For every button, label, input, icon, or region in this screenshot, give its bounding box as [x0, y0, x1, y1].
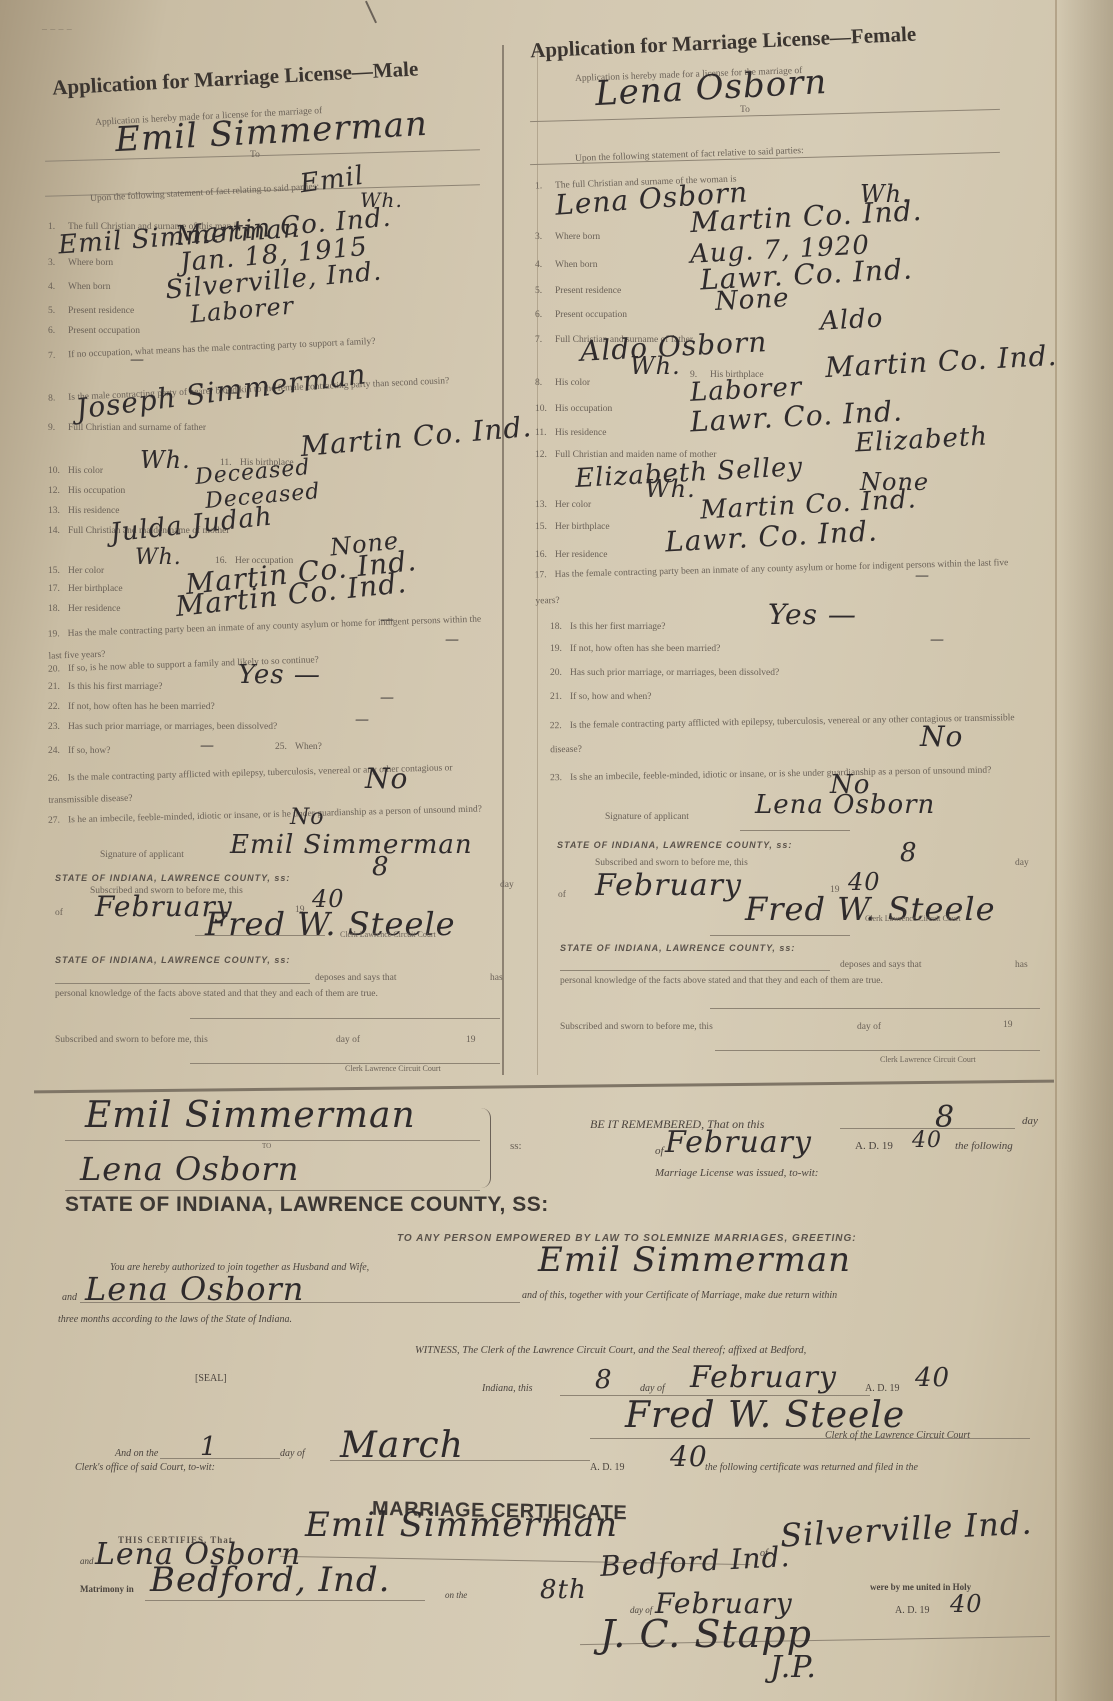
male-field-9-value: Joseph Simmerman — [74, 357, 368, 425]
female-affidavit-clerk-title: Clerk Lawrence Circuit Court — [880, 1055, 976, 1064]
license-husband: Emil Simmerman — [538, 1240, 851, 1280]
male-field-7-value: — — [130, 352, 145, 368]
certificate-year: 40 — [950, 1590, 983, 1618]
female-field-22-value: No — [920, 720, 963, 753]
rule — [715, 1050, 1040, 1051]
female-field-20-label: 20.Has such prior marriage, or marriages… — [550, 668, 779, 678]
license-day-of-label: day of — [640, 1383, 665, 1394]
female-oath-day: 8 — [900, 838, 918, 868]
license-groom: Emil Simmerman — [85, 1095, 416, 1136]
male-field-6-label: 6.Present occupation — [48, 326, 140, 336]
male-oath-heading: STATE OF INDIANA, LAWRENCE COUNTY, ss: — [55, 873, 290, 883]
male-field-18-label: 18.Her residence — [48, 604, 120, 614]
license-following-label: the following — [955, 1140, 1013, 1152]
column-divider — [502, 45, 504, 1075]
female-field-18-label: 18.Is this her first marriage? — [550, 622, 666, 632]
male-field-13-label: 13.His residence — [48, 506, 119, 516]
license-return-day-of: day of — [280, 1448, 305, 1459]
rule — [145, 1600, 425, 1601]
female-field-23-label: 23.Is she an imbecile, feeble-minded, id… — [550, 758, 1040, 791]
license-remembered-year: 40 — [912, 1128, 942, 1153]
female-affidavit-has: has — [1015, 960, 1028, 970]
male-field-21-label: 21.Is this his first marriage? — [48, 682, 162, 692]
male-field-10-label: 10.His color — [48, 466, 103, 476]
male-field-17-label: 17.Her birthplace — [48, 584, 123, 594]
male-affidavit-has: has — [490, 973, 503, 983]
male-field-21-value: Yes — — [238, 660, 321, 690]
male-statement-label: Upon the following statement of fact rel… — [90, 182, 319, 204]
female-field-15-label: 15.Her birthplace — [535, 522, 610, 532]
certificate-place: Bedford, Ind. — [150, 1560, 390, 1600]
female-field-11-label: 11.His residence — [535, 428, 606, 438]
female-affidavit-heading: STATE OF INDIANA, LAWRENCE COUNTY, ss: — [560, 943, 795, 953]
female-title: Application for Marriage License—Female — [530, 22, 917, 64]
certificate-matrimony-label: Matrimony in — [80, 1584, 134, 1594]
license-three-months-text: three months according to the laws of th… — [58, 1314, 292, 1325]
female-field-19-label: 19.If not, how often has she been marrie… — [550, 644, 720, 654]
female-applicant-name: Lena Osborn — [594, 62, 828, 114]
male-field-12-label: 12.His occupation — [48, 486, 125, 496]
certificate-groom-of: Silverville Ind. — [779, 1503, 1033, 1554]
rule — [190, 1018, 500, 1019]
license-ad-label: A. D. 19 — [855, 1140, 893, 1152]
male-field-22-value: — — [380, 690, 395, 706]
section-divider — [34, 1080, 1054, 1094]
female-field-19-value: — — [930, 632, 945, 648]
female-field-16-label: 16.Her residence — [535, 550, 607, 560]
male-title: Application for Marriage License—Male — [52, 56, 419, 100]
male-field-24-value: — — [200, 738, 215, 754]
male-field-15-label: 15.Her color — [48, 566, 104, 576]
male-affidavit-year-prefix: 19 — [466, 1035, 476, 1045]
male-signature: Emil Simmerman — [230, 830, 473, 860]
male-field-23-value: — — [355, 712, 370, 728]
license-clerks-office-text: Clerk's office of said Court, to-wit: — [75, 1462, 215, 1473]
male-affidavit-subscribed: Subscribed and sworn to before me, this — [55, 1035, 208, 1045]
rule — [195, 935, 325, 936]
female-field-7-value-first: Aldo — [819, 303, 884, 336]
male-field-20-value: — — [445, 632, 460, 648]
female-oath-of-label: of — [558, 890, 566, 900]
rule — [740, 830, 850, 831]
female-field-16-value: Lawr. Co. Ind. — [664, 514, 878, 558]
certificate-ad-label: A. D. 19 — [895, 1605, 929, 1616]
license-witness-ad: A. D. 19 — [865, 1383, 899, 1394]
female-oath-month: February — [595, 868, 742, 903]
female-field-8-value: Wh. — [630, 352, 681, 380]
male-field-14-value: Julda Judah — [109, 502, 274, 549]
license-bride: Lena Osborn — [80, 1150, 299, 1188]
male-affidavit-text: personal knowledge of the facts above st… — [55, 987, 515, 1001]
license-and-label: and — [62, 1292, 77, 1303]
male-to-label: To — [250, 150, 260, 160]
male-field-26-value: No — [365, 762, 408, 795]
certificate-day: 8th — [540, 1575, 587, 1605]
male-field-11-value: Martin Co. Ind. — [299, 410, 533, 463]
male-field-27-value: No — [290, 805, 325, 830]
female-affidavit-year-prefix: 19 — [1003, 1020, 1013, 1030]
rule — [160, 1458, 280, 1459]
license-return-filed-text: the following certificate was returned a… — [705, 1462, 918, 1473]
license-remembered-month: February — [665, 1125, 812, 1160]
certificate-on-the: on the — [445, 1590, 467, 1600]
male-oath-of-label: of — [55, 908, 63, 918]
female-field-4-label: 4.When born — [535, 260, 597, 270]
female-field-3-label: 3.Where born — [535, 232, 600, 242]
female-field-21-label: 21.If so, how and when? — [550, 692, 652, 702]
pen-mark — [365, 1, 377, 24]
male-affidavit-clerk-title: Clerk Lawrence Circuit Court — [345, 1064, 441, 1073]
certificate-bride-of: Bedford Ind. — [599, 1540, 791, 1583]
female-oath-heading: STATE OF INDIANA, LAWRENCE COUNTY, ss: — [557, 840, 792, 850]
female-field-5-label: 5.Present residence — [535, 286, 621, 296]
license-return-ad: A. D. 19 — [590, 1462, 624, 1473]
female-field-6-value: None — [714, 283, 790, 317]
license-state-heading: STATE OF INDIANA, LAWRENCE COUNTY, SS: — [65, 1193, 549, 1217]
rule — [80, 1302, 520, 1303]
female-field-8-label: 8.His color — [535, 378, 590, 388]
male-field-19-value: — — [380, 612, 395, 628]
male-affidavit-day-of: day of — [336, 1035, 360, 1045]
female-signature: Lena Osborn — [755, 790, 935, 820]
female-field-22-label: 22.Is the female contracting party affli… — [550, 706, 1041, 763]
certificate-and-label: and — [80, 1556, 94, 1566]
male-field-5-label: 5.Present residence — [48, 306, 134, 316]
license-to-label: TO — [262, 1142, 271, 1150]
female-oath-text: Subscribed and sworn to before me, this — [595, 858, 748, 868]
female-field-6-label: 6.Present occupation — [535, 310, 627, 320]
female-oath-day-label: day — [1015, 858, 1029, 868]
certificate-groom: Emil Simmerman — [305, 1505, 618, 1545]
female-to-label: To — [740, 105, 750, 115]
column-divider-inner — [537, 45, 538, 1075]
license-issued-label: Marriage License was issued, to-wit: — [655, 1167, 818, 1179]
license-witness-day: 8 — [595, 1365, 613, 1395]
rule — [55, 983, 310, 984]
female-field-18-value: Yes — — [768, 598, 857, 631]
female-affidavit-subscribed: Subscribed and sworn to before me, this — [560, 1022, 713, 1032]
male-oath-day-label: day — [500, 880, 514, 890]
female-field-17-value: — — [915, 568, 930, 584]
male-field-23-label: 23.Has such prior marriage, or marriages… — [48, 722, 277, 732]
female-field-9-value: Martin Co. Ind. — [824, 339, 1058, 384]
female-statement-label: Upon the following statement of fact rel… — [575, 146, 804, 164]
male-field-1-first: Emil — [298, 161, 366, 200]
female-field-10-label: 10.His occupation — [535, 404, 612, 414]
female-affidavit-text: personal knowledge of the facts above st… — [560, 975, 1040, 988]
female-field-12-value-first: Elizabeth — [854, 422, 988, 459]
male-affidavit-deposes: deposes and says that — [315, 973, 397, 983]
male-affidavit-heading: STATE OF INDIANA, LAWRENCE COUNTY, ss: — [55, 955, 290, 965]
male-signature-label: Signature of applicant — [100, 850, 184, 860]
male-field-4-label: 4.When born — [48, 282, 110, 292]
license-bracket — [480, 1108, 491, 1188]
page-fold-line — [1055, 0, 1057, 1701]
rule — [710, 1008, 1040, 1009]
license-return-year: 40 — [670, 1440, 708, 1473]
license-witness-text: WITNESS, The Clerk of the Lawrence Circu… — [415, 1345, 806, 1356]
female-field-13-value: Wh. — [645, 475, 696, 503]
rule — [330, 1460, 590, 1461]
license-return-text: and of this, together with your Certific… — [522, 1290, 837, 1301]
male-field-10-value: Wh. — [140, 446, 191, 474]
page-edge-shadow — [1058, 0, 1113, 1701]
rule — [710, 935, 850, 936]
rule — [65, 1140, 480, 1141]
male-field-7-label: 7.If no occupation, what means has the m… — [48, 337, 376, 361]
certificate-officiant-title: J.P. — [770, 1650, 817, 1685]
license-day-label: day — [1022, 1115, 1038, 1127]
license-witness-month: February — [690, 1360, 837, 1395]
document-page: — — — — Application for Marriage License… — [0, 0, 1113, 1701]
male-oath-day: 8 — [372, 852, 390, 882]
license-of-label: of — [655, 1145, 664, 1157]
male-field-15-value: Wh. — [135, 545, 182, 570]
male-field-22-label: 22.If not, how often has he been married… — [48, 702, 215, 712]
license-return-on-label: And on the — [115, 1448, 158, 1459]
female-signature-label: Signature of applicant — [605, 812, 689, 822]
license-indiana-this: Indiana, this — [482, 1383, 533, 1394]
male-field-3-label: 3.Where born — [48, 258, 113, 268]
license-ss: ss: — [510, 1140, 522, 1152]
female-affidavit-day-of: day of — [857, 1022, 881, 1032]
rule — [65, 1190, 480, 1191]
rule — [560, 970, 830, 971]
license-clerk-title: Clerk of the Lawrence Circuit Court — [825, 1430, 970, 1441]
female-affidavit-deposes: deposes and says that — [840, 960, 922, 970]
male-field-24-label: 24.If so, how? — [48, 746, 110, 756]
male-field-9-label: 9.Full Christian and surname of father — [48, 423, 206, 433]
male-field-25-label: 25.When? — [275, 742, 322, 752]
female-field-13-label: 13.Her color — [535, 500, 591, 510]
female-oath-clerk-title: Clerk Lawrence Circuit Court — [865, 914, 961, 923]
license-seal-label: [SEAL] — [195, 1373, 227, 1384]
male-oath-clerk-title: Clerk Lawrence Circuit Court — [340, 930, 436, 939]
license-witness-year: 40 — [915, 1363, 950, 1393]
printer-mark: — — — — — [42, 28, 73, 33]
